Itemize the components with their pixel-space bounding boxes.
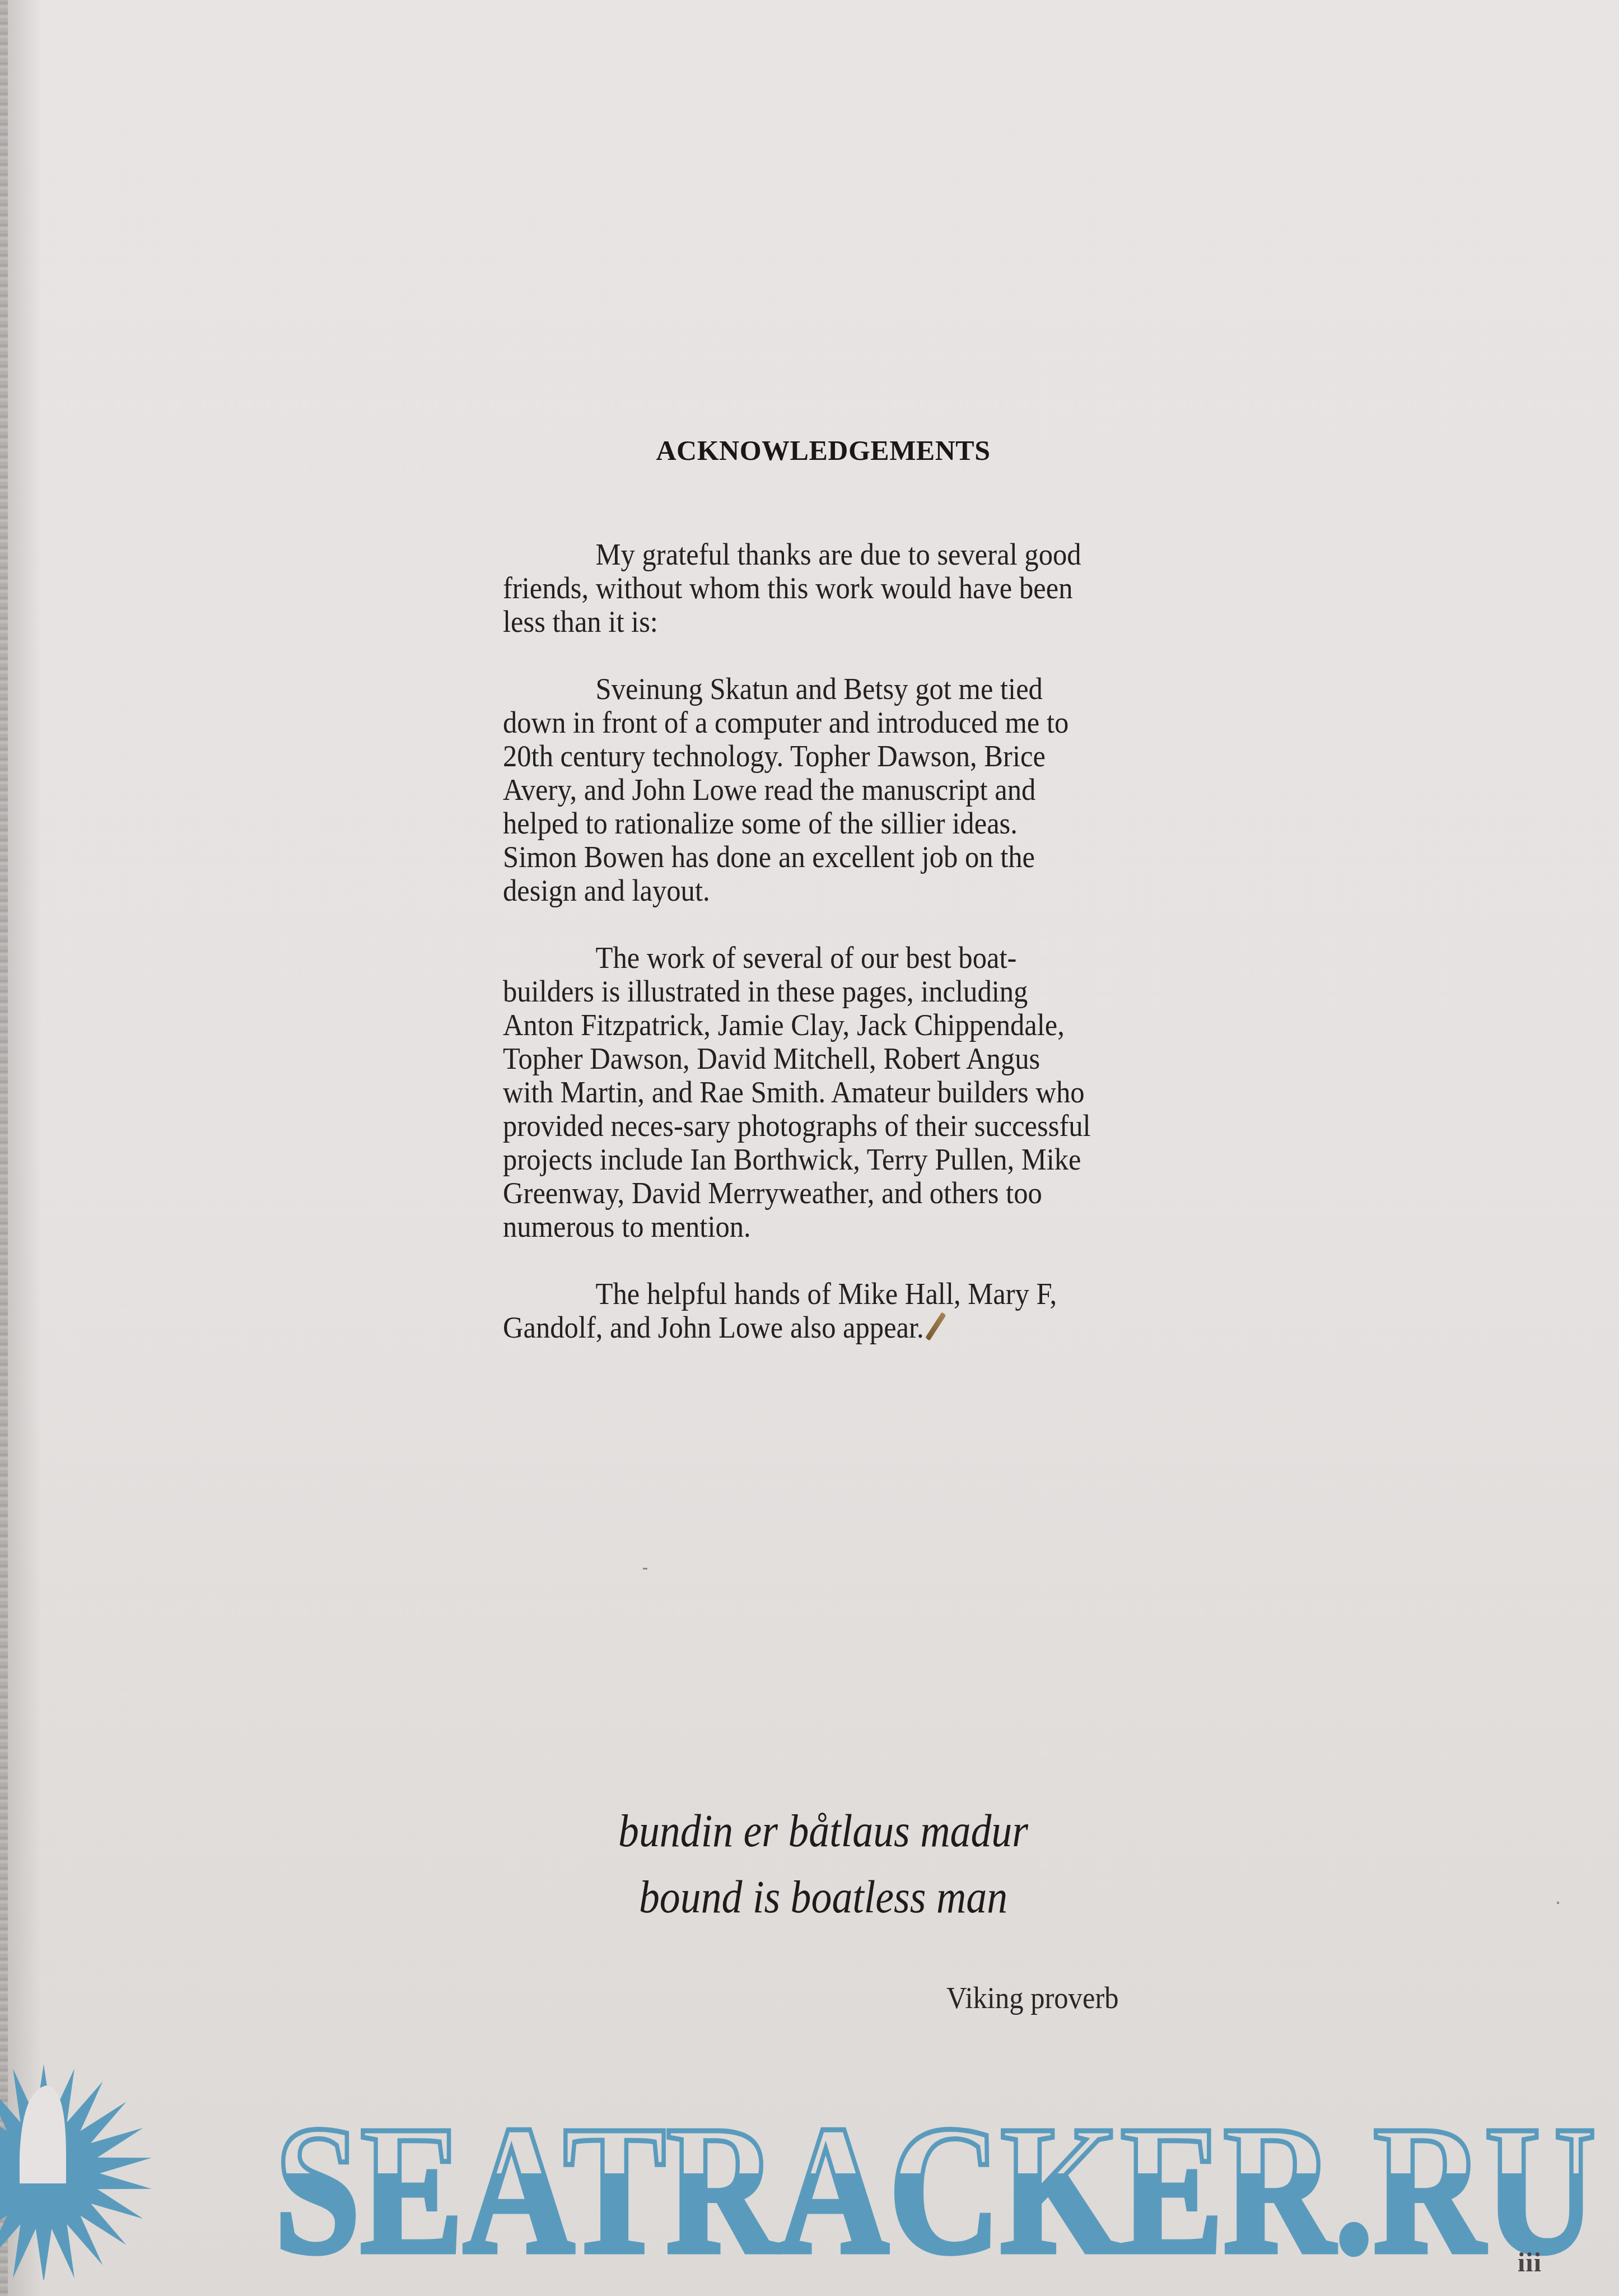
watermark-text: SEATRACKER.RU SEATRACKER.RU [274, 2088, 1596, 2280]
stray-speck [643, 1568, 647, 1570]
proverb-quote: bundin er båtlaus madur bound is boatles… [596, 1798, 1050, 1930]
paragraph-intro: My grateful thanks are due to several go… [503, 538, 1095, 639]
proverb-translation-line: bound is boatless man [596, 1864, 1050, 1930]
page-binding-edge [0, 0, 8, 2296]
proverb-original-line: bundin er båtlaus madur [596, 1798, 1050, 1864]
ink-mark-icon [925, 1312, 946, 1341]
paragraph-boatbuilders: The work of several of our best boat-bui… [503, 941, 1095, 1244]
page-binding-shadow [8, 0, 41, 2296]
paragraph-helpful-hands: The helpful hands of Mike Hall, Mary F, … [503, 1277, 1095, 1344]
sun-burst-icon [0, 2064, 152, 2280]
stray-speck [1557, 1902, 1559, 1904]
acknowledgements-body: My grateful thanks are due to several go… [503, 538, 1095, 1378]
watermark-logo: SEATRACKER.RU SEATRACKER.RU [0, 2056, 1619, 2280]
paragraph-helpful-hands-text: The helpful hands of Mike Hall, Mary F, … [503, 1277, 1057, 1344]
page-number: iii [1518, 2247, 1542, 2278]
proverb-attribution: Viking proverb [946, 1980, 1119, 2015]
page-heading: ACKNOWLEDGEMENTS [605, 434, 1042, 467]
paragraph-computer-and-manuscript: Sveinung Skatun and Betsy got me tied do… [503, 672, 1095, 907]
